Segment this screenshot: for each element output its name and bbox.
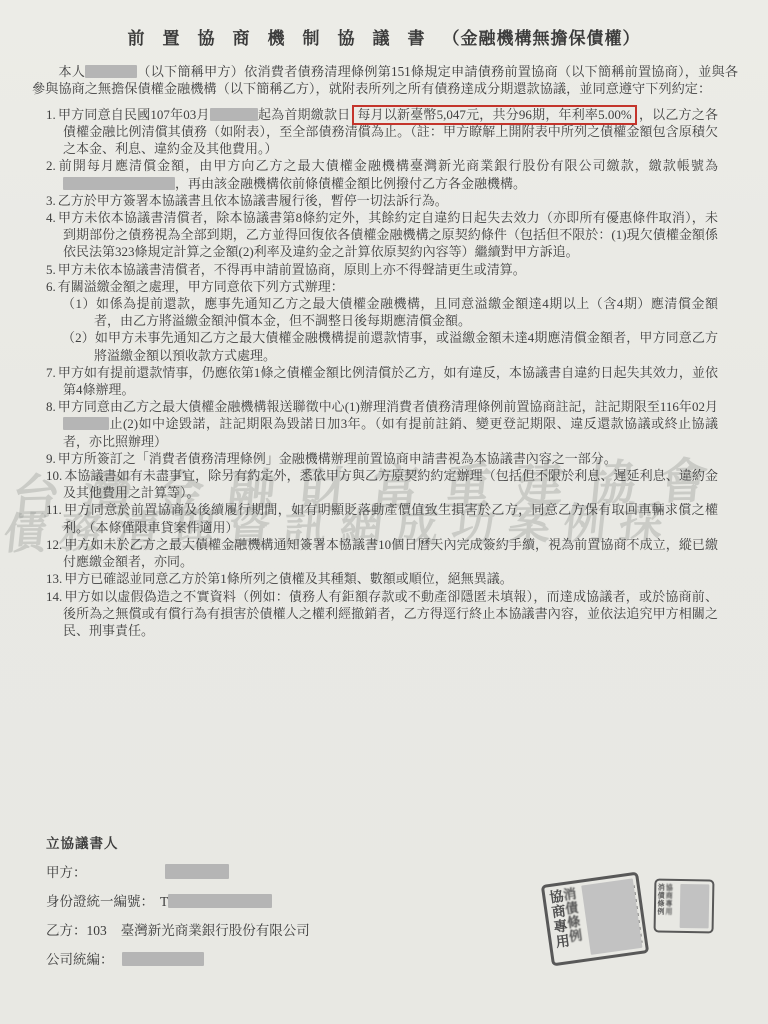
redaction-stamp-small (680, 884, 710, 929)
intro-pre: 本人 (58, 64, 85, 79)
redaction-applicant-name (85, 65, 137, 78)
redaction-first-payment-date (210, 108, 258, 121)
intro-paragraph: 本人（以下簡稱甲方）依消費者債務清理條例第151條規定申請債務前置協商（以下簡稱… (32, 63, 738, 98)
clause-3-number: 3. (46, 193, 58, 208)
stamp-large: 協商專用 消債條例 (541, 872, 649, 967)
party-a-row: 甲方： (46, 861, 310, 881)
document-page: 台灣金融財富重建協會 債務清理資訊網成功案例採 前置協商機制協議書（金融機構無擔… (0, 0, 768, 1024)
clause-10-text: 本協議書如有未盡事宜，除另有約定外，悉依甲方與乙方原契約約定辦理（包括但不限於利… (63, 468, 718, 500)
clause-11: 11.甲方同意於前置協商及後續履行期間，如有明顯貶落動產價值致生損害於乙方，同意… (46, 501, 718, 535)
clause-8: 8.甲方同意由乙方之最大債權金融機構報送聯徵中心(1)辦理消費者債務清理條例前置… (46, 398, 718, 450)
clause-12: 12.甲方如未於乙方之最大債權金融機構通知簽署本協議書10個日曆天內完成簽約手續… (46, 536, 718, 570)
clause-14-text: 甲方如以虛假偽造之不實資料（例如：債務人有鉅額存款或不動產卻隱匿未填報），而達成… (63, 589, 718, 638)
clause-9-number: 9. (46, 451, 58, 466)
clause-6-head: 有關溢繳金額之處理，甲方同意依下列方式辦理： (58, 279, 344, 294)
clause-13-number: 13. (46, 571, 64, 586)
party-b-label: 乙方：103 (46, 923, 107, 938)
clause-5-number: 5. (46, 262, 58, 277)
stamp-small-outer-column: 消債條例 (657, 884, 665, 928)
signature-block: 立協議書人 甲方： 身份證統一編號：T 乙方：103臺灣新光商業銀行股份有限公司… (46, 832, 310, 977)
clause-11-text: 甲方同意於前置協商及後續履行期間，如有明顯貶落動產價值致生損害於乙方，同意乙方保… (63, 502, 718, 534)
clause-4-text: 甲方未依本協議書清償者，除本協議書第8條約定外，其餘約定自違約日起失去效力（亦即… (58, 210, 718, 259)
clause-3-text: 乙方於甲方簽署本協議書且依本協議書履行後，暫停一切法訴行為。 (58, 193, 448, 208)
clause-4-number: 4. (46, 210, 58, 225)
clause-2-post: ，再由該金融機構依前條債權金額比例撥付乙方各金融機構。 (175, 176, 526, 191)
clause-8-post: 止(2)如中途毀諾，註記期限為毀諾日加3年。（如有提前註銷、變更登記期限、違反還… (63, 416, 718, 448)
clause-8-number: 8. (46, 399, 58, 414)
clause-7: 7.甲方如有提前還款情事，仍應依第1條之債權金額比例清償於乙方，如有違反，本協議… (46, 364, 718, 398)
clause-4: 4.甲方未依本協議書清償者，除本協議書第8條約定外，其餘約定自違約日起失去效力（… (46, 209, 718, 261)
clause-11-number: 11. (46, 502, 64, 517)
stamp-small: 消債條例 協商專用 (654, 878, 715, 933)
redaction-company-id (122, 952, 204, 966)
clause-13-text: 甲方已確認並同意乙方於第1條所列之債權及其種類、數額或順位，絕無異議。 (64, 571, 513, 586)
clause-14: 14.甲方如以虛假偽造之不實資料（例如：債務人有鉅額存款或不動產卻隱匿未填報），… (46, 588, 718, 640)
clause-list: 1.甲方同意自民國107年03月起為首期繳款日每月以新臺幣5,047元，共分96… (46, 106, 718, 639)
clause-7-text: 甲方如有提前還款情事，仍應依第1條之債權金額比例清償於乙方，如有違反，本協議書自… (58, 365, 718, 397)
stamp-small-inner-column: 協商專用 (665, 884, 673, 928)
clause-6-sub-2: （2）如甲方未事先通知乙方之最大債權金融機構提前還款情事，或溢繳金額未達4期應清… (62, 329, 718, 363)
redaction-registration-date (63, 417, 109, 430)
clause-13: 13.甲方已確認並同意乙方於第1條所列之債權及其種類、數額或順位，絕無異議。 (46, 570, 718, 587)
clause-1-mid: 起為首期繳款日 (258, 107, 351, 122)
clause-6-number: 6. (46, 279, 58, 294)
document-title: 前置協商機制協議書（金融機構無擔保債權） (0, 24, 768, 49)
intro-post: （以下簡稱甲方）依消費者債務清理條例第151條規定申請債務前置協商（以下簡稱前置… (32, 64, 738, 96)
clause-6: 6.有關溢繳金額之處理，甲方同意依下列方式辦理： (46, 278, 718, 295)
clause-14-number: 14. (46, 589, 64, 604)
clause-1-pre: 甲方同意自民國107年03月 (58, 107, 210, 122)
clause-2-number: 2. (46, 158, 58, 173)
clause-9-text: 甲方所簽訂之「消費者債務清理條例」金融機構辦理前置協商申請書視為本協議書內容之一… (58, 451, 617, 466)
clause-12-text: 甲方如未於乙方之最大債權金融機構通知簽署本協議書10個日曆天內完成簽約手續，視為… (63, 537, 718, 569)
id-number-label: 身份證統一編號： (46, 894, 154, 909)
party-a-label: 甲方： (46, 865, 87, 880)
clause-1-number: 1. (46, 107, 58, 122)
title-main-text: 前置協商機制協議書 (128, 29, 443, 48)
clause-5: 5.甲方未依本協議書清償者，不得再申請前置協商，原則上亦不得聲請更生或清算。 (46, 261, 718, 278)
clause-8-pre: 甲方同意由乙方之最大債權金融機構報送聯徵中心(1)辦理消費者債務清理條例前置協商… (58, 399, 718, 414)
clause-9: 9.甲方所簽訂之「消費者債務清理條例」金融機構辦理前置協商申請書視為本協議書內容… (46, 450, 718, 467)
company-id-label: 公司統編： (46, 952, 114, 967)
clause-1: 1.甲方同意自民國107年03月起為首期繳款日每月以新臺幣5,047元，共分96… (46, 106, 718, 158)
title-paren-text: （金融機構無擔保債權） (443, 29, 641, 48)
id-number-row: 身份證統一編號：T (46, 890, 310, 910)
clause-2-pre: 前開每月應清償金額，由甲方向乙方之最大債權金融機構臺灣新光商業銀行股份有限公司繳… (58, 158, 718, 173)
clause-2: 2.前開每月應清償金額，由甲方向乙方之最大債權金融機構臺灣新光商業銀行股份有限公… (46, 157, 718, 191)
signer-heading: 立協議書人 (46, 832, 310, 852)
clause-10-number: 10. (46, 468, 64, 483)
redaction-account-number (63, 177, 175, 190)
company-id-row: 公司統編： (46, 948, 310, 968)
clause-12-number: 12. (46, 537, 64, 552)
clause-3: 3.乙方於甲方簽署本協議書且依本協議書履行後，暫停一切法訴行為。 (46, 192, 718, 209)
party-b-name: 臺灣新光商業銀行股份有限公司 (121, 923, 310, 938)
clause-7-number: 7. (46, 365, 58, 380)
clause-10: 10.本協議書如有未盡事宜，除另有約定外，悉依甲方與乙方原契約約定辦理（包括但不… (46, 467, 718, 501)
redaction-party-a-name (165, 864, 229, 879)
clause-6-sub-1: （1）如係為提前還款，應事先通知乙方之最大債權金融機構，且同意溢繳金額達4期以上… (62, 295, 718, 329)
redaction-id-number (168, 894, 272, 908)
redaction-stamp-large (582, 878, 643, 954)
party-b-row: 乙方：103臺灣新光商業銀行股份有限公司 (46, 919, 310, 939)
clause-5-text: 甲方未依本協議書清償者，不得再申請前置協商，原則上亦不得聲請更生或清算。 (58, 262, 526, 277)
payment-terms-highlight: 每月以新臺幣5,047元，共分96期，年利率5.00% (352, 105, 636, 125)
id-number-prefix: T (160, 894, 168, 909)
